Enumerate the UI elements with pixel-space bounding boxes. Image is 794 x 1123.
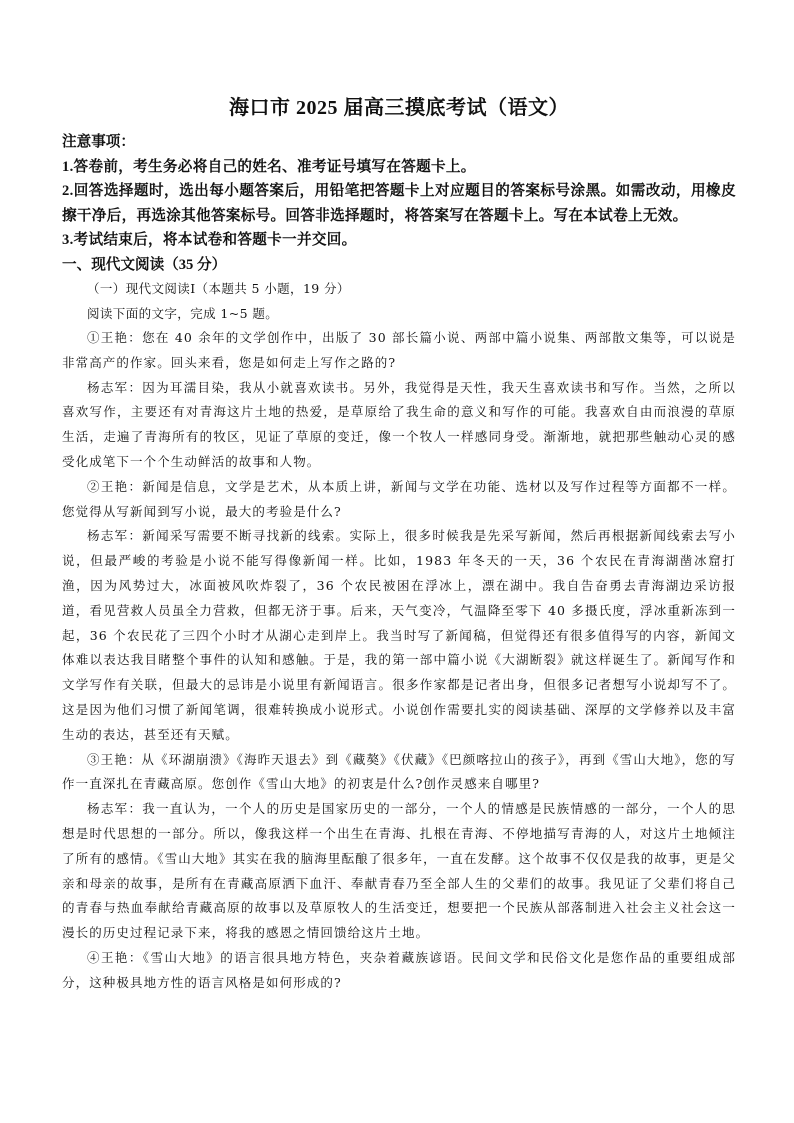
notice-block: 注意事项： 1.答卷前，考生务必将自己的姓名、准考证号填写在答题卡上。 2.回答… [62,130,736,253]
section-heading: 一、现代文阅读（35 分） [62,253,736,278]
interview-paragraph: ②王艳：新闻是信息，文学是艺术，从本质上讲，新闻与文学在功能、选材以及写作过程等… [62,475,736,525]
interview-paragraph: 杨志军：新闻采写需要不断寻找新的线索。实际上，很多时候我是先采写新闻，然后再根据… [62,524,736,747]
interview-paragraph: 杨志军：因为耳濡目染，我从小就喜欢读书。另外，我觉得是天性，我天生喜欢读书和写作… [62,376,736,475]
notice-item: 1.答卷前，考生务必将自己的姓名、准考证号填写在答题卡上。 [62,155,736,180]
interview-paragraph: ③王艳：从《环湖崩溃》《海昨天退去》到《藏獒》《伏藏》《巴颜喀拉山的孩子》，再到… [62,748,736,798]
notice-item: 3.考试结束后，将本试卷和答题卡一并交回。 [62,228,736,253]
section-instruction: 阅读下面的文字，完成 1~5 题。 [62,302,736,327]
notice-item: 2.回答选择题时，选出每小题答案后，用铅笔把答题卡上对应题目的答案标号涂黑。如需… [62,179,736,228]
interview-paragraph: ①王艳：您在 40 余年的文学创作中，出版了 30 部长篇小说、两部中篇小说集、… [62,326,736,376]
exam-page: 海口市 2025 届高三摸底考试（语文） 注意事项： 1.答卷前，考生务必将自己… [62,94,736,996]
section-subheading: （一）现代文阅读Ⅰ（本题共 5 小题，19 分） [62,277,736,302]
interview-paragraph: ④王艳：《雪山大地》的语言很具地方特色，夹杂着藏族谚语。民间文学和民俗文化是您作… [62,946,736,996]
interview-paragraph: 杨志军：我一直认为，一个人的历史是国家历史的一部分，一个人的情感是民族情感的一部… [62,797,736,946]
notice-heading: 注意事项： [62,130,736,155]
reading-section: 一、现代文阅读（35 分） （一）现代文阅读Ⅰ（本题共 5 小题，19 分） 阅… [62,253,736,996]
exam-title: 海口市 2025 届高三摸底考试（语文） [62,94,736,122]
